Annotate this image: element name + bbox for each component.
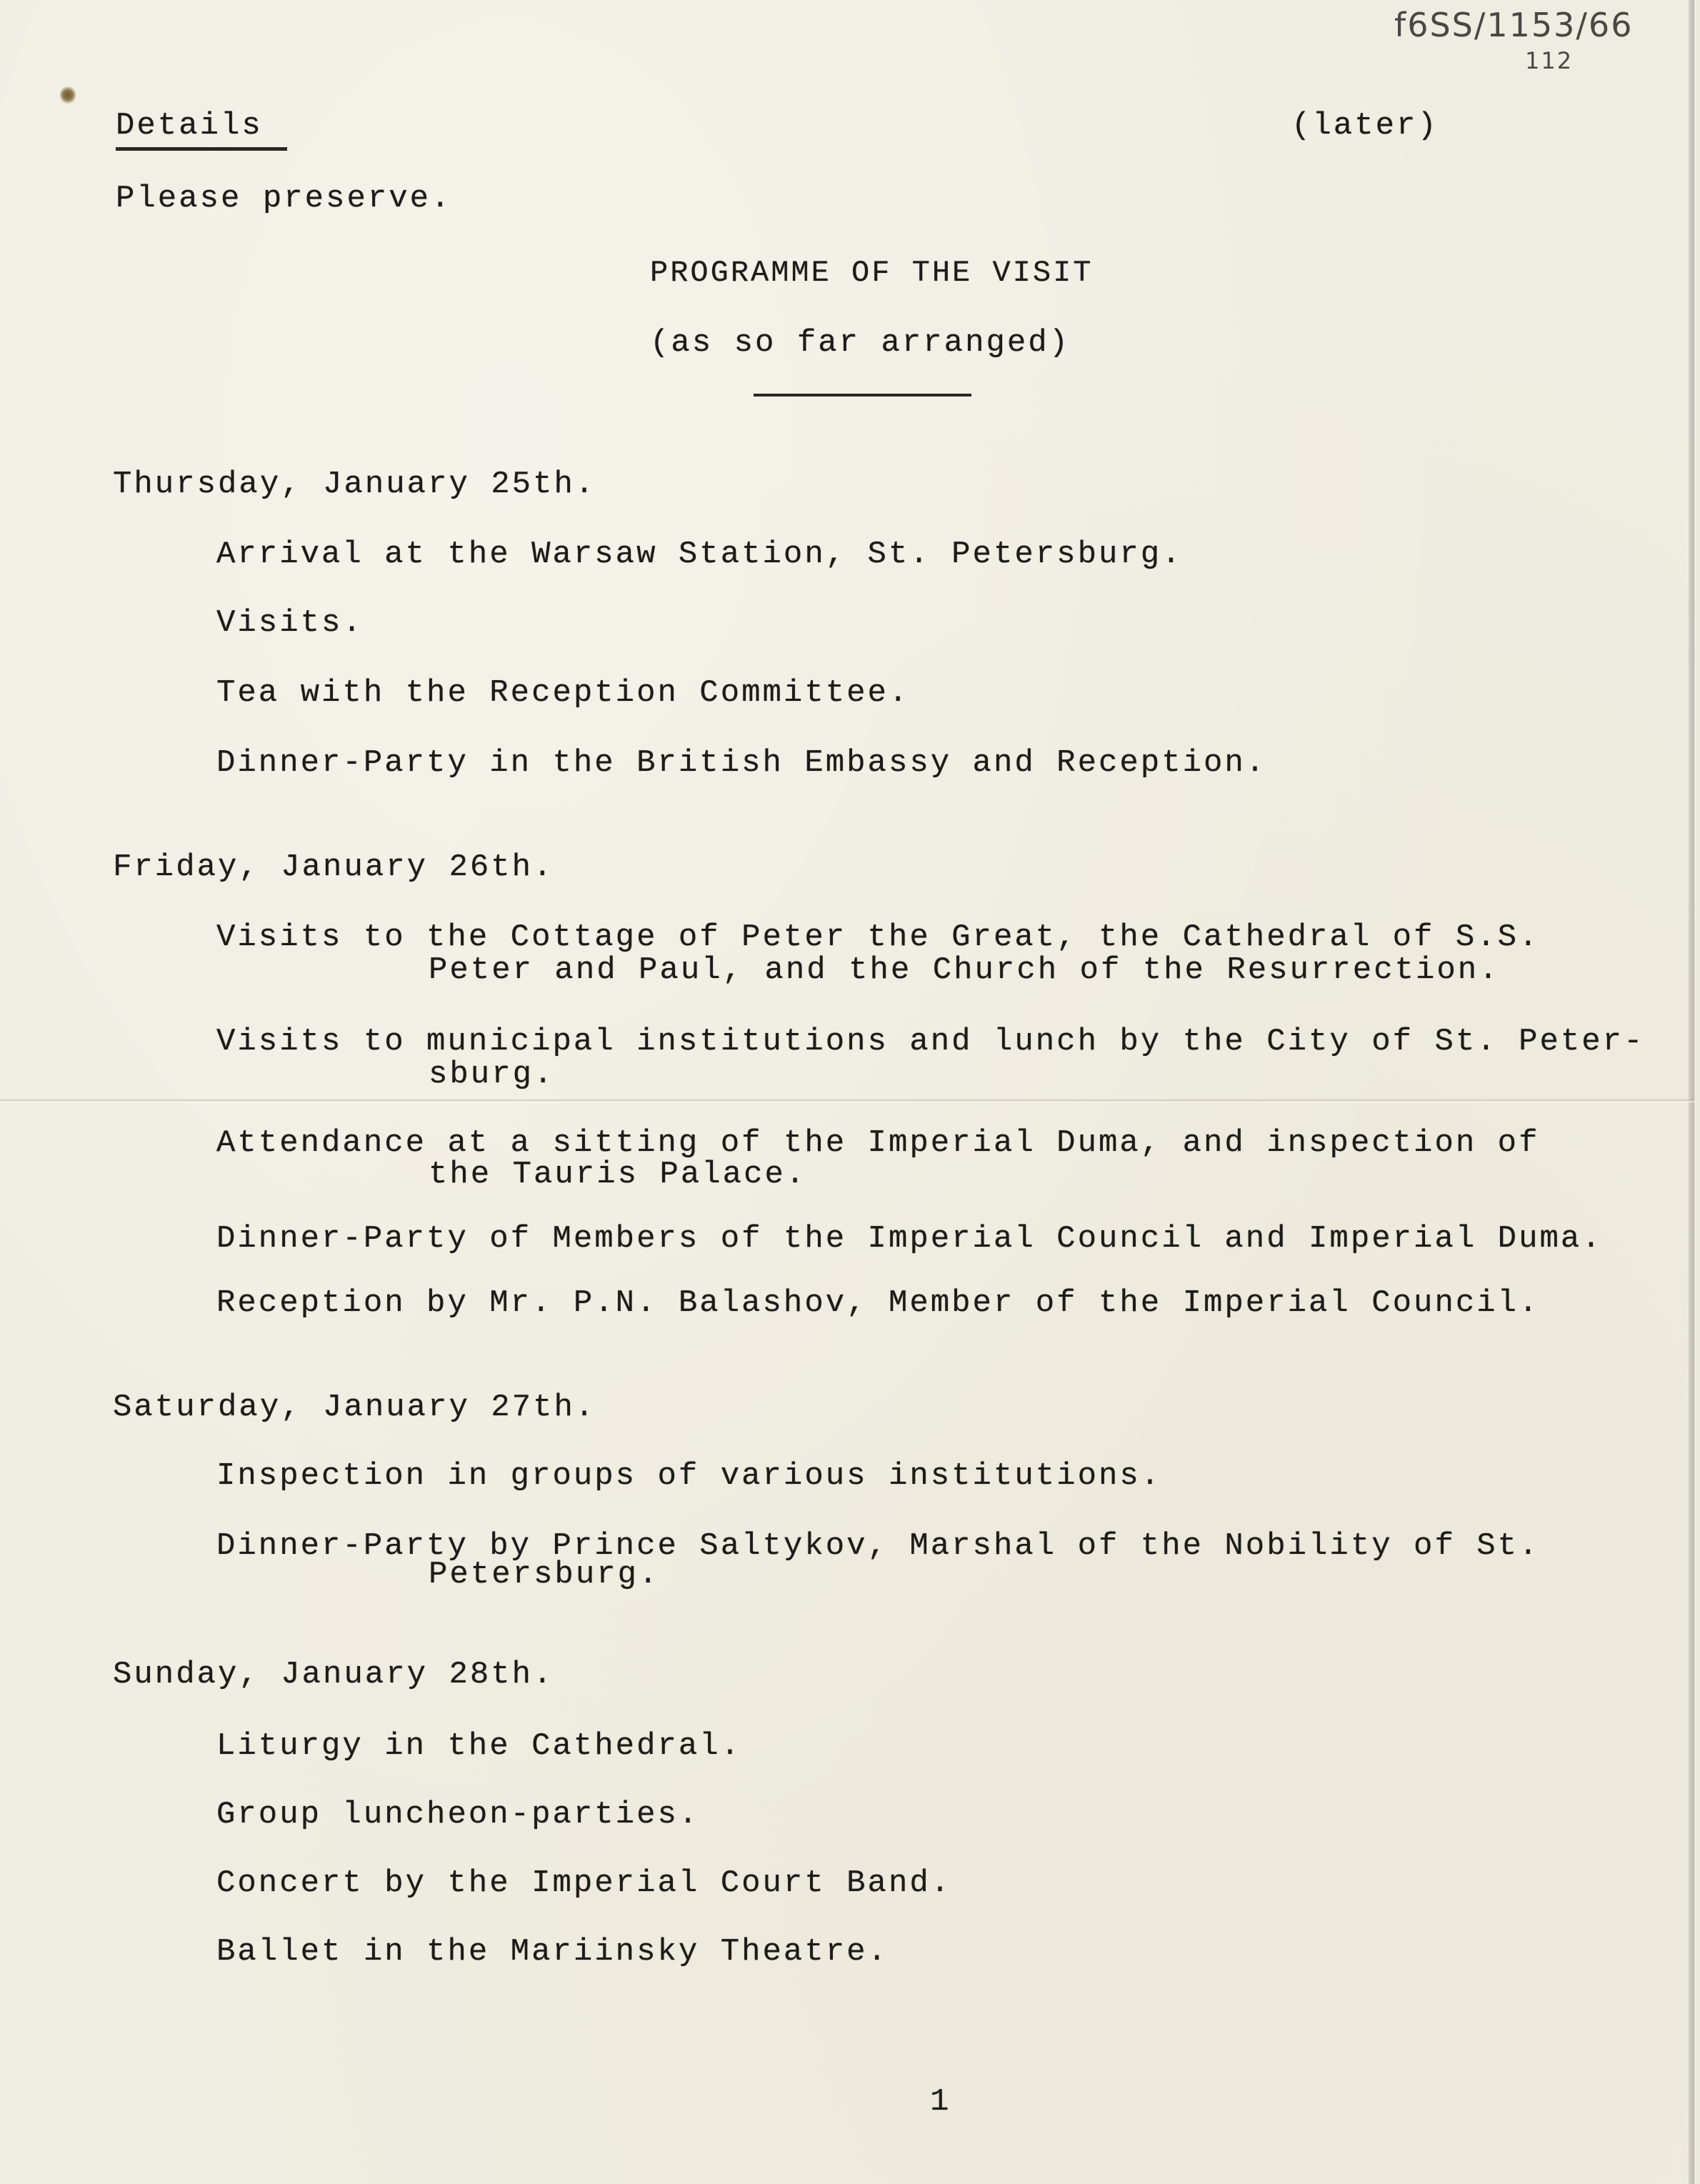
schedule-item-continuation: Peter and Paul, and the Church of the Re…	[429, 953, 1500, 987]
schedule-item: Reception by Mr. P.N. Balashov, Member o…	[216, 1286, 1539, 1320]
schedule-item: Tea with the Reception Committee.	[216, 676, 909, 710]
schedule-item: Concert by the Imperial Court Band.	[216, 1866, 951, 1900]
schedule-item: Inspection in groups of various institut…	[216, 1459, 1161, 1493]
day-heading-thursday: Thursday, January 25th.	[113, 467, 596, 502]
schedule-item: Dinner-Party by Prince Saltykov, Marshal…	[216, 1529, 1539, 1563]
schedule-item: Visits to municipal institutions and lun…	[216, 1024, 1645, 1059]
folio-number: 112	[1525, 47, 1573, 74]
schedule-item: Liturgy in the Cathedral.	[216, 1729, 741, 1763]
title-rule	[754, 394, 971, 397]
day-heading-sunday: Sunday, January 28th.	[113, 1657, 554, 1692]
document-page: f6SS/1153/66 112 Details (later) Please …	[0, 0, 1694, 2184]
schedule-item: Visits to the Cottage of Peter the Great…	[216, 920, 1539, 954]
schedule-item: Dinner-Party of Members of the Imperial …	[216, 1222, 1603, 1256]
schedule-item: Dinner-Party in the British Embassy and …	[216, 746, 1266, 780]
schedule-item: Attendance at a sitting of the Imperial …	[216, 1126, 1539, 1160]
preserve-note: Please preserve.	[116, 181, 451, 216]
later-label: (later)	[1291, 109, 1439, 143]
day-heading-friday: Friday, January 26th.	[113, 850, 554, 884]
ink-stain	[60, 86, 76, 104]
schedule-item: Arrival at the Warsaw Station, St. Peter…	[216, 537, 1183, 572]
schedule-item-continuation: the Tauris Palace.	[429, 1157, 806, 1192]
schedule-item-continuation: Petersburg.	[429, 1557, 659, 1592]
schedule-item: Ballet in the Mariinsky Theatre.	[216, 1935, 889, 1969]
archive-reference-number: f6SS/1153/66	[1394, 6, 1633, 44]
details-underline	[116, 147, 287, 151]
day-heading-saturday: Saturday, January 27th.	[113, 1390, 596, 1425]
schedule-item-continuation: sburg.	[429, 1057, 554, 1092]
page-number: 1	[930, 2085, 951, 2119]
document-subtitle: (as so far arranged)	[650, 326, 1070, 360]
schedule-item: Group luncheon-parties.	[216, 1797, 699, 1832]
paper-edge	[1689, 0, 1694, 2184]
details-label: Details	[116, 109, 263, 143]
document-title: PROGRAMME OF THE VISIT	[650, 256, 1094, 290]
fold-crease	[0, 1099, 1694, 1103]
schedule-item: Visits.	[216, 606, 364, 640]
